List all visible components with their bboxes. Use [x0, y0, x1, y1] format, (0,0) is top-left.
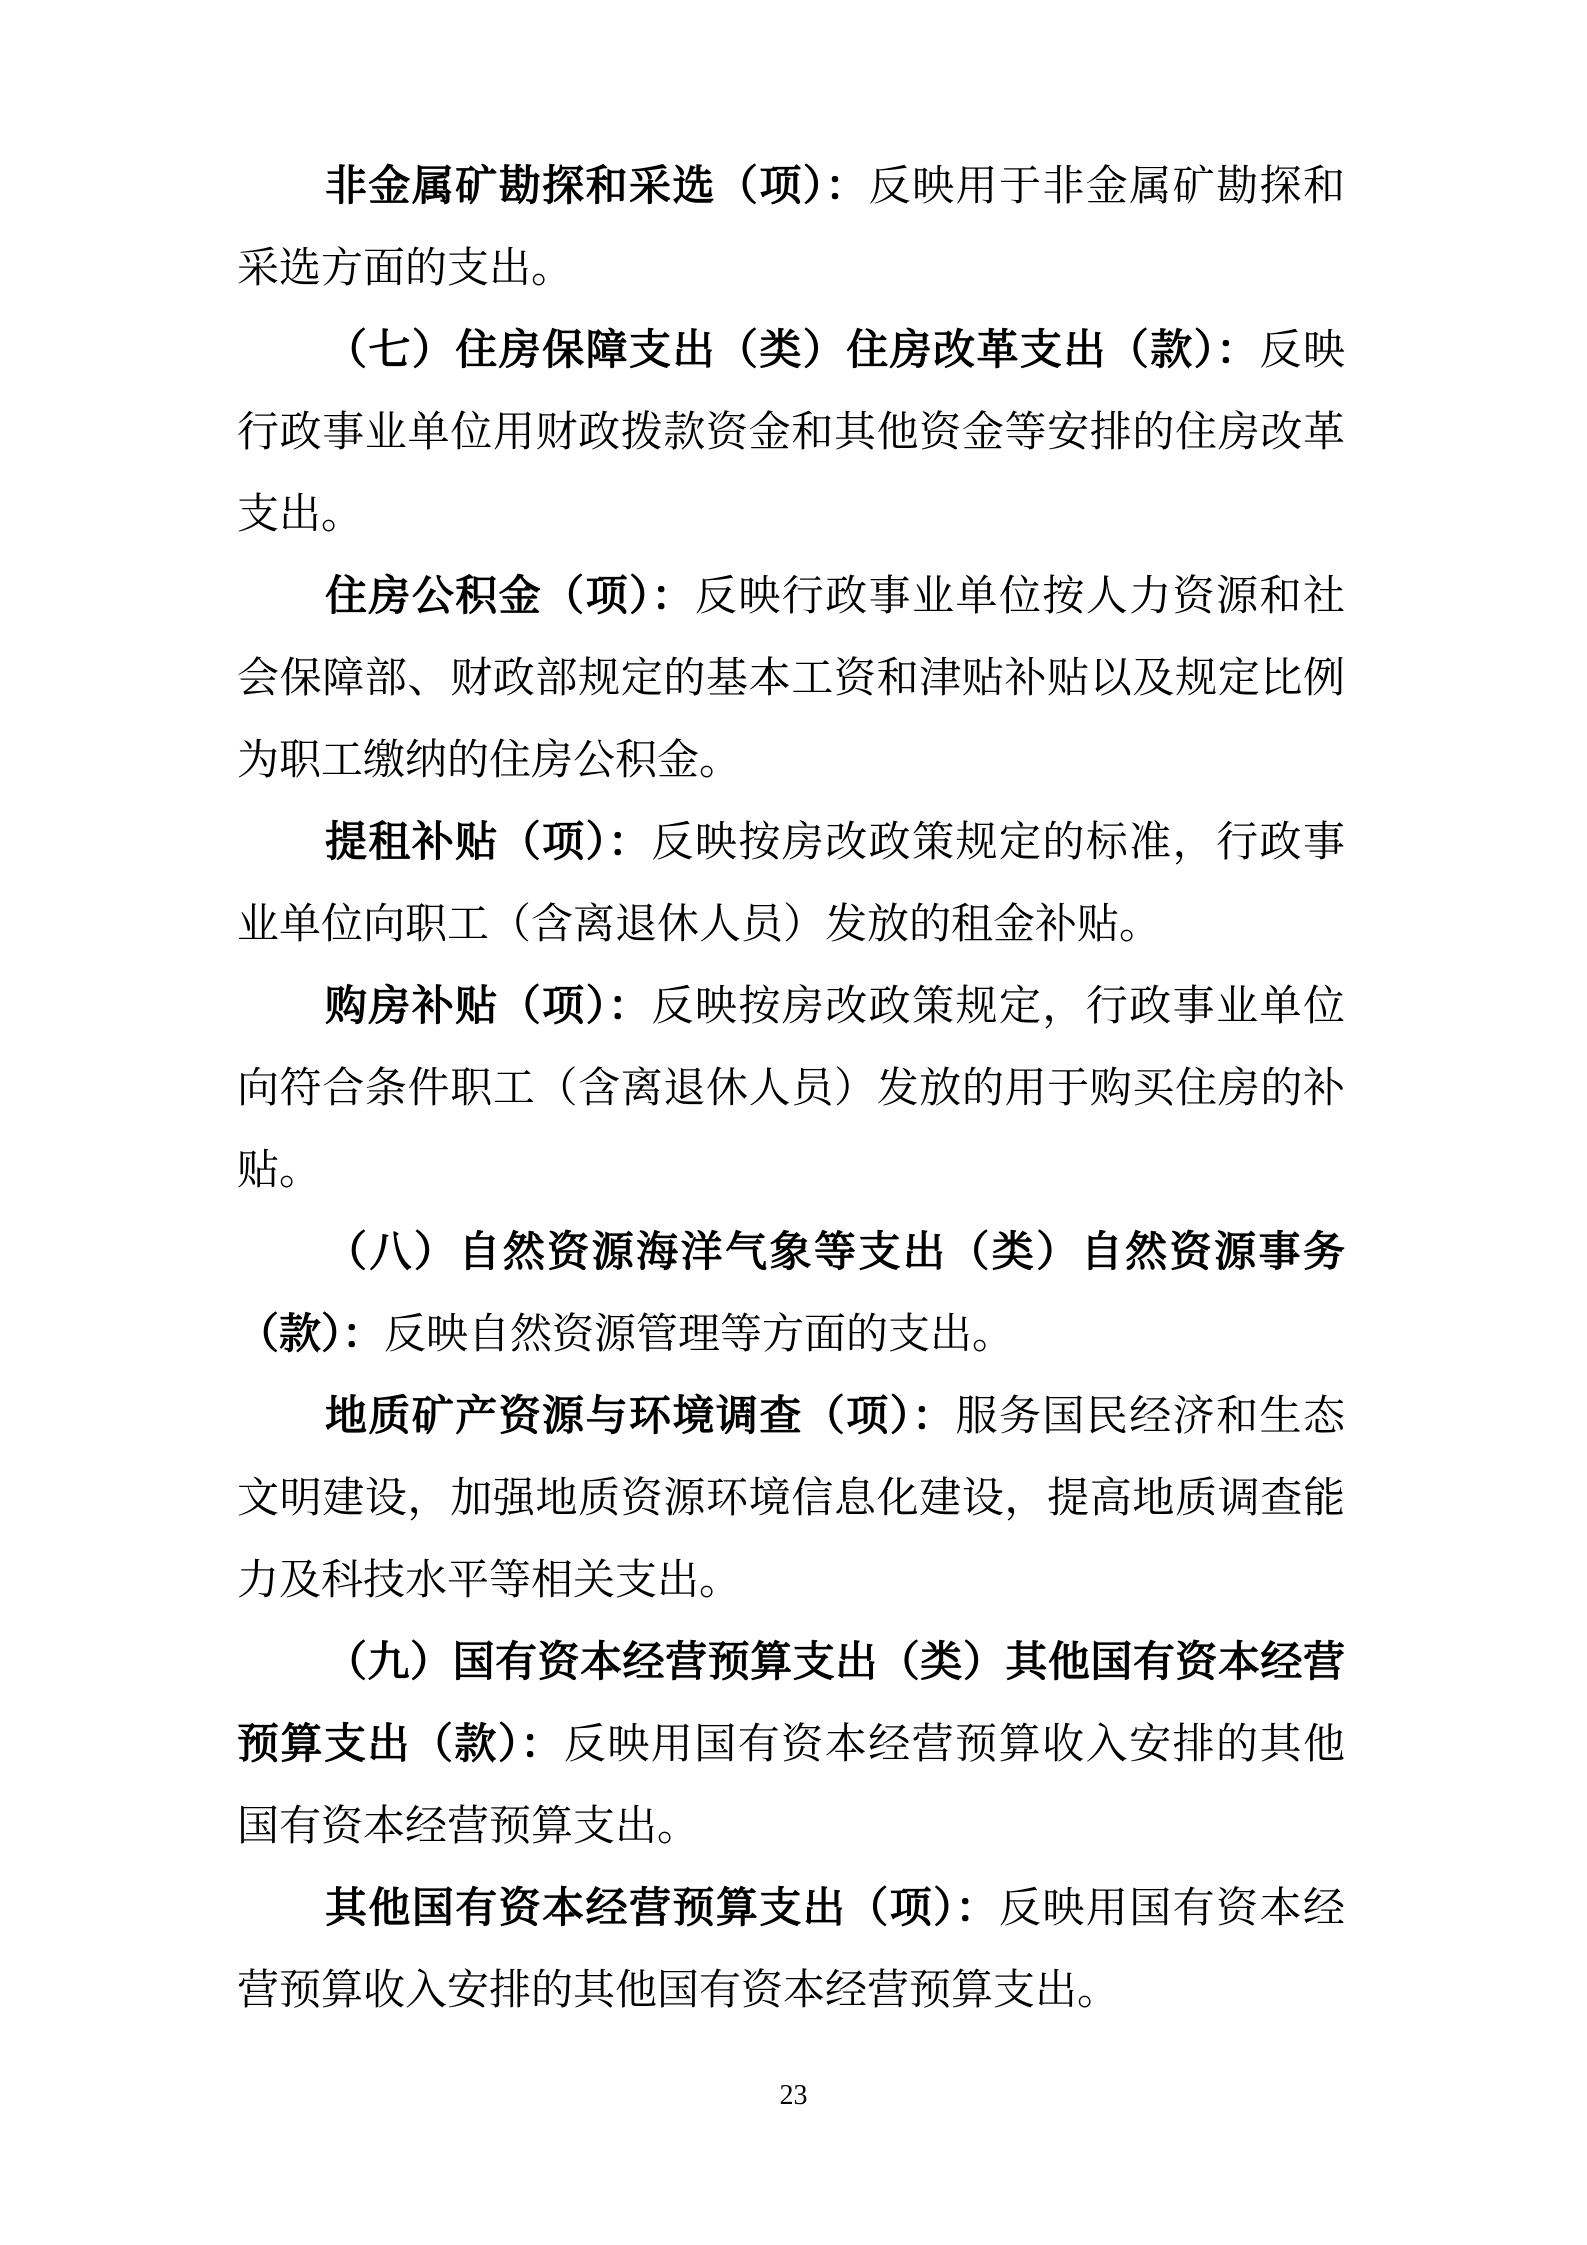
paragraph: （八）自然资源海洋气象等支出（类）自然资源事务（款）：反映自然资源管理等方面的支…	[237, 1212, 1345, 1376]
paragraph-lead: 非金属矿勘探和采选（项）：	[325, 164, 869, 210]
paragraph: （七）住房保障支出（类）住房改革支出（款）：反映行政事业单位用财政拨款资金和其他…	[237, 310, 1345, 556]
document-body: 非金属矿勘探和采选（项）：反映用于非金属矿勘探和采选方面的支出。 （七）住房保障…	[237, 146, 1345, 2032]
paragraph: 提租补贴（项）：反映按房改政策规定的标准，行政事业单位向职工（含离退休人员）发放…	[237, 802, 1345, 966]
page-number: 23	[0, 2076, 1587, 2116]
paragraph-lead: 其他国有资本经营预算支出（项）：	[325, 1886, 999, 1932]
paragraph: 其他国有资本经营预算支出（项）：反映用国有资本经营预算收入安排的其他国有资本经营…	[237, 1868, 1345, 2032]
paragraph: 购房补贴（项）：反映按房改政策规定，行政事业单位向符合条件职工（含离退休人员）发…	[237, 966, 1345, 1212]
paragraph: 住房公积金（项）：反映行政事业单位按人力资源和社会保障部、财政部规定的基本工资和…	[237, 556, 1345, 802]
paragraph-lead: （七）住房保障支出（类）住房改革支出（款）：	[325, 328, 1260, 374]
paragraph-lead: 提租补贴（项）：	[325, 820, 651, 866]
document-page: 非金属矿勘探和采选（项）：反映用于非金属矿勘探和采选方面的支出。 （七）住房保障…	[0, 0, 1587, 2245]
paragraph-body: 反映自然资源管理等方面的支出。	[384, 1312, 1014, 1358]
paragraph-lead: 住房公积金（项）：	[325, 574, 695, 620]
paragraph: 非金属矿勘探和采选（项）：反映用于非金属矿勘探和采选方面的支出。	[237, 146, 1345, 310]
paragraph-lead: 购房补贴（项）：	[325, 984, 651, 1030]
paragraph: 地质矿产资源与环境调查（项）：服务国民经济和生态文明建设，加强地质资源环境信息化…	[237, 1376, 1345, 1622]
paragraph: （九）国有资本经营预算支出（类）其他国有资本经营预算支出（款）：反映用国有资本经…	[237, 1622, 1345, 1868]
paragraph-lead: 地质矿产资源与环境调查（项）：	[325, 1394, 956, 1440]
